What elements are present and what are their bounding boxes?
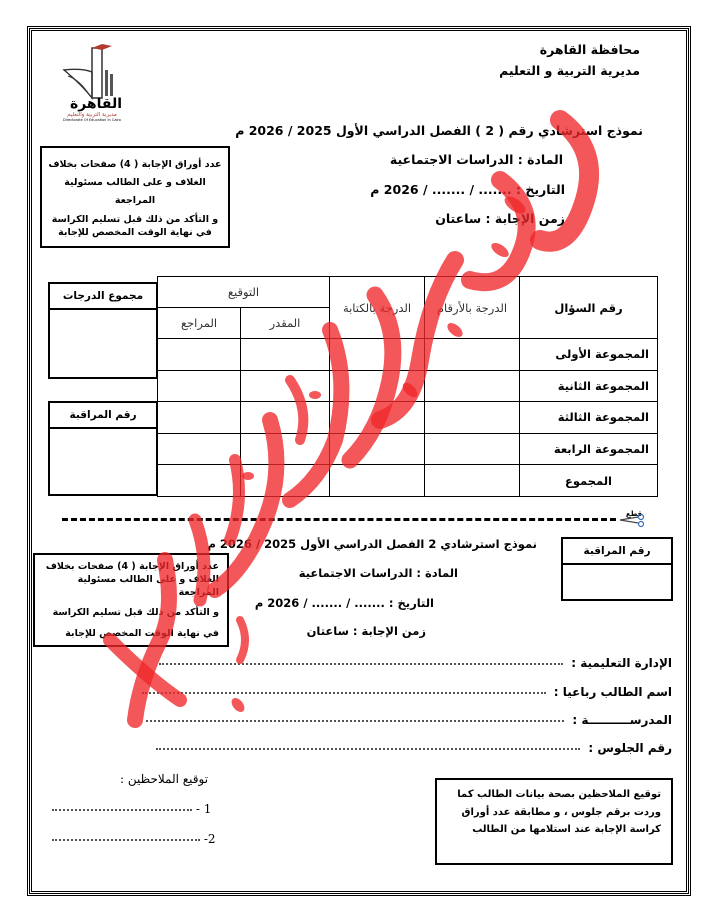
educational-administration-input[interactable] — [159, 663, 563, 665]
field-label: اسم الطالب رباعيا : — [554, 685, 672, 699]
observer-1-row: - 1 — [52, 802, 211, 816]
row-label: المجموعة الثانية — [520, 370, 658, 402]
notice-line: و التأكد من ذلك قبل تسليم الكراسة — [48, 213, 222, 226]
control-number-box: رقم المراقبة — [48, 401, 158, 496]
reviewer-cell[interactable] — [158, 402, 241, 434]
lower-answer-pages-notice: عدد أوراق الإجابة ( 4) صفحات بخلاف الغلا… — [33, 553, 229, 647]
reviewer-cell[interactable] — [158, 433, 241, 465]
svg-text:قطع: قطع — [626, 510, 643, 518]
total-grades-box: مجموع الدرجات — [48, 282, 158, 379]
exam-title: نموذج استرشادي رقم ( 2 ) الفصل الدراسي ا… — [235, 123, 643, 138]
row-label: المجموعة الأولى — [520, 339, 658, 371]
student-name-input[interactable] — [142, 692, 546, 694]
lower-exam-title: نموذج استرشادي 2 الفصل الدراسي الأول 202… — [207, 537, 537, 551]
lower-exam-duration: زمن الإجابة : ساعتان — [307, 624, 426, 638]
grade-words-cell[interactable] — [330, 402, 425, 434]
grade-digits-cell[interactable] — [425, 339, 520, 371]
field-educational-administration: الإدارة التعليمية : — [159, 656, 672, 670]
observers-signature-title: توقيع الملاحظين : — [120, 772, 208, 786]
exam-subject: المادة : الدراسات الاجتماعية — [390, 152, 563, 167]
observer-2-signature-input[interactable] — [52, 839, 200, 841]
governorate-label: محافظة القاهرة — [540, 42, 640, 57]
total-grades-label: مجموع الدرجات — [50, 284, 156, 310]
assessor-cell[interactable] — [241, 465, 330, 497]
exam-date: التاريخ : ....... / ....... / 2026 م — [370, 182, 565, 197]
total-grades-field[interactable] — [50, 310, 156, 380]
observer-1-label: - 1 — [196, 802, 212, 816]
directorate-label: مديرية التربية و التعليم — [499, 63, 640, 78]
grade-words-cell[interactable] — [330, 465, 425, 497]
cut-line — [62, 518, 616, 521]
table-row: المجموع — [158, 465, 658, 497]
grades-table: رقم السؤال الدرجة بالأرقام الدرجة بالكتا… — [157, 276, 658, 497]
assessor-cell[interactable] — [241, 339, 330, 371]
field-label: الإدارة التعليمية : — [571, 656, 672, 670]
building-logo-icon: القاهرة مديرية التربية والتعليم Director… — [52, 40, 132, 122]
notice-line: عدد أوراق الإجابة ( 4) صفحات بخلاف — [43, 561, 219, 574]
lower-exam-subject: المادة : الدراسات الاجتماعية — [299, 566, 458, 580]
field-seat-number: رقم الجلوس : — [156, 741, 672, 755]
grade-digits-cell[interactable] — [425, 402, 520, 434]
field-label: المدرســــــــــة : — [572, 713, 672, 727]
grade-words-cell[interactable] — [330, 433, 425, 465]
reviewer-cell[interactable] — [158, 465, 241, 497]
header-grade-digits: الدرجة بالأرقام — [425, 277, 520, 339]
control-number-field[interactable] — [50, 429, 156, 497]
lower-control-number-field[interactable] — [563, 565, 671, 601]
lower-control-number-box: رقم المراقبة — [561, 537, 673, 601]
header-signature: التوقيع — [158, 277, 330, 308]
header-grade-words: الدرجة بالكتابة — [330, 277, 425, 339]
lower-control-number-label: رقم المراقبة — [563, 539, 671, 565]
notice-line: في نهاية الوقت المخصص للإجابة — [48, 226, 222, 239]
lower-exam-date: التاريخ : ....... / ....... / 2026 م — [255, 596, 434, 610]
reviewer-cell[interactable] — [158, 370, 241, 402]
field-label: رقم الجلوس : — [588, 741, 672, 755]
notice-line: وردت برقم جلوس ، و مطابقة عدد أوراق — [447, 804, 661, 822]
reviewer-cell[interactable] — [158, 339, 241, 371]
svg-text:القاهرة: القاهرة — [70, 96, 122, 112]
notice-line: و التأكد من ذلك قبل تسليم الكراسة — [43, 607, 219, 620]
watermark-text: نموذج استرشادي — [0, 0, 8, 1]
assessor-cell[interactable] — [241, 370, 330, 402]
grade-words-cell[interactable] — [330, 370, 425, 402]
notice-line: توقيع الملاحظين بصحة بيانات الطالب كما — [447, 786, 661, 804]
school-input[interactable] — [146, 720, 564, 722]
observer-2-label: -2 — [204, 832, 216, 846]
observers-verification-box: توقيع الملاحظين بصحة بيانات الطالب كما و… — [435, 778, 673, 865]
grade-words-cell[interactable] — [330, 339, 425, 371]
field-student-name: اسم الطالب رباعيا : — [142, 685, 672, 699]
row-label: المجموع — [520, 465, 658, 497]
scissors-icon: قطع — [618, 508, 648, 528]
field-school: المدرســــــــــة : — [146, 713, 672, 727]
header-assessor: المقدر — [241, 308, 330, 339]
observer-1-signature-input[interactable] — [52, 809, 192, 811]
grade-digits-cell[interactable] — [425, 433, 520, 465]
grade-digits-cell[interactable] — [425, 465, 520, 497]
assessor-cell[interactable] — [241, 402, 330, 434]
observer-2-row: -2 — [52, 832, 216, 846]
header-reviewer: المراجع — [158, 308, 241, 339]
control-number-label: رقم المراقبة — [50, 403, 156, 429]
notice-line: في نهاية الوقت المخصص للإجابة — [43, 628, 219, 641]
row-label: المجموعة الرابعة — [520, 433, 658, 465]
row-label: المجموعة الثالثة — [520, 402, 658, 434]
grade-digits-cell[interactable] — [425, 370, 520, 402]
notice-line: عدد أوراق الإجابة ( 4) صفحات بخلاف — [48, 156, 222, 174]
cairo-education-logo: القاهرة مديرية التربية والتعليم Director… — [52, 40, 132, 122]
answer-pages-notice: عدد أوراق الإجابة ( 4) صفحات بخلاف الغلا… — [40, 146, 230, 248]
notice-line: كراسة الإجابة عند استلامها من الطالب — [447, 821, 661, 839]
table-row: المجموعة الثالثة — [158, 402, 658, 434]
svg-text:Directorate Of Education In Ca: Directorate Of Education In Cairo — [63, 118, 121, 122]
seat-number-input[interactable] — [156, 748, 580, 750]
table-row: المجموعة الرابعة — [158, 433, 658, 465]
notice-line: الغلاف و على الطالب مسئولية المراجعة — [48, 174, 222, 210]
table-row: المجموعة الثانية — [158, 370, 658, 402]
header-question-no: رقم السؤال — [520, 277, 658, 339]
notice-line: الغلاف و على الطالب مسئولية المراجعة — [43, 574, 219, 600]
table-row: المجموعة الأولى — [158, 339, 658, 371]
assessor-cell[interactable] — [241, 433, 330, 465]
exam-duration: زمن الإجابة : ساعتان — [435, 211, 565, 226]
